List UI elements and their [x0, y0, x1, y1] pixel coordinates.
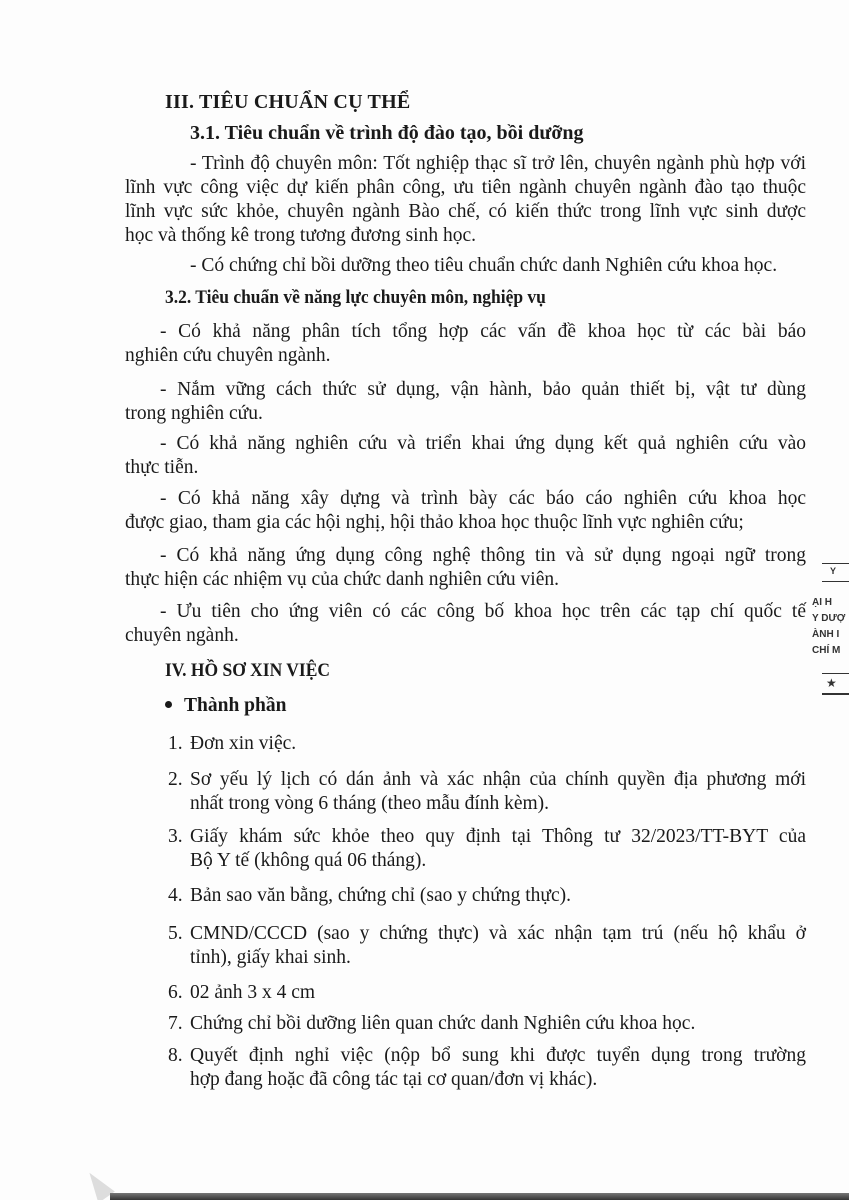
- item-text: Giấy khám sức khỏe theo quy định tại Thô…: [190, 826, 806, 847]
- stamp-text: ẠI H: [812, 595, 832, 611]
- requirement-item-cont: được giao, tham gia các hội nghị, hội th…: [125, 511, 744, 535]
- section-3-2-heading: 3.2. Tiêu chuẩn về năng lực chuyên môn, …: [165, 286, 546, 310]
- paragraph-line: - Trình độ chuyên môn: Tốt nghiệp thạc s…: [190, 152, 806, 176]
- item-text-cont: hợp đang hoặc đã công tác tại cơ quan/đơ…: [190, 1068, 597, 1092]
- item-number: 5.: [168, 922, 190, 946]
- document-item: 4.Bản sao văn bằng, chứng chỉ (sao y chứ…: [168, 884, 571, 908]
- bullet-icon: [165, 701, 172, 708]
- requirement-item: - Có khả năng xây dựng và trình bày các …: [160, 487, 806, 511]
- stamp-text: Y: [830, 563, 836, 579]
- document-page: III. TIÊU CHUẨN CỤ THỂ 3.1. Tiêu chuẩn v…: [0, 0, 849, 1200]
- document-item: 5.CMND/CCCD (sao y chứng thực) và xác nh…: [168, 922, 806, 946]
- item-text: 02 ảnh 3 x 4 cm: [190, 982, 315, 1003]
- stamp-text: ÀNH I: [812, 627, 839, 643]
- paragraph-line: lĩnh vực công việc dự kiến phân công, ưu…: [125, 176, 806, 200]
- official-stamp: Y ẠI H Y DƯỢ ÀNH I CHÍ M ★: [800, 555, 849, 705]
- stamp-text: Y DƯỢ: [812, 611, 845, 627]
- item-text: Chứng chỉ bồi dưỡng liên quan chức danh …: [190, 1013, 695, 1034]
- requirement-item-cont: thực tiễn.: [125, 456, 198, 480]
- section-3-heading: III. TIÊU CHUẨN CỤ THỂ: [165, 90, 410, 114]
- requirement-item: - Có khả năng nghiên cứu và triển khai ứ…: [160, 432, 806, 456]
- document-item: 1.Đơn xin việc.: [168, 732, 296, 756]
- item-number: 8.: [168, 1044, 190, 1068]
- item-number: 4.: [168, 884, 190, 908]
- item-number: 6.: [168, 981, 190, 1005]
- requirement-item: - Ưu tiên cho ứng viên có các công bố kh…: [160, 600, 806, 624]
- stamp-text: CHÍ M: [812, 643, 840, 659]
- requirement-item-cont: trong nghiên cứu.: [125, 402, 263, 426]
- requirement-item: - Có khả năng phân tích tổng hợp các vấn…: [160, 320, 806, 344]
- requirement-item-cont: thực hiện các nhiệm vụ của chức danh ngh…: [125, 568, 559, 592]
- item-text-cont: tỉnh), giấy khai sinh.: [190, 946, 351, 970]
- item-number: 7.: [168, 1012, 190, 1036]
- document-item: 6.02 ảnh 3 x 4 cm: [168, 981, 315, 1005]
- requirement-item-cont: nghiên cứu chuyên ngành.: [125, 344, 331, 368]
- item-text-cont: nhất trong vòng 6 tháng (theo mẫu đính k…: [190, 792, 549, 816]
- item-text: CMND/CCCD (sao y chứng thực) và xác nhận…: [190, 923, 806, 944]
- paragraph-line: học và thống kê trong tương đương sinh h…: [125, 224, 476, 248]
- section-4-heading: IV. HỒ SƠ XIN VIỆC: [165, 659, 330, 683]
- item-text: Bản sao văn bằng, chứng chỉ (sao y chứng…: [190, 885, 571, 906]
- bullet-label: Thành phần: [184, 695, 286, 716]
- item-number: 1.: [168, 732, 190, 756]
- document-item: 2.Sơ yếu lý lịch có dán ảnh và xác nhận …: [168, 768, 806, 792]
- section-3-1-heading: 3.1. Tiêu chuẩn về trình độ đào tạo, bồi…: [190, 121, 584, 145]
- requirement-item: - Nắm vững cách thức sử dụng, vận hành, …: [160, 378, 806, 402]
- document-item: 3.Giấy khám sức khỏe theo quy định tại T…: [168, 825, 806, 849]
- requirement-item-cont: chuyên ngành.: [125, 624, 239, 648]
- requirement-item: - Có khả năng ứng dụng công nghệ thông t…: [160, 544, 806, 568]
- item-number: 2.: [168, 768, 190, 792]
- star-icon: ★: [826, 675, 837, 691]
- scan-edge: [110, 1193, 849, 1200]
- item-text: Sơ yếu lý lịch có dán ảnh và xác nhận củ…: [190, 769, 806, 790]
- paragraph: - Có chứng chỉ bồi dưỡng theo tiêu chuẩn…: [190, 254, 777, 278]
- item-text: Quyết định nghỉ việc (nộp bổ sung khi đư…: [190, 1045, 806, 1066]
- bullet-heading: Thành phần: [165, 694, 286, 718]
- document-item: 8.Quyết định nghỉ việc (nộp bổ sung khi …: [168, 1044, 806, 1068]
- item-text: Đơn xin việc.: [190, 733, 296, 754]
- item-number: 3.: [168, 825, 190, 849]
- item-text-cont: Bộ Y tế (không quá 06 tháng).: [190, 849, 426, 873]
- document-item: 7.Chứng chỉ bồi dưỡng liên quan chức dan…: [168, 1012, 695, 1036]
- paragraph-line: lĩnh vực sức khỏe, chuyên ngành Bào chế,…: [125, 200, 806, 224]
